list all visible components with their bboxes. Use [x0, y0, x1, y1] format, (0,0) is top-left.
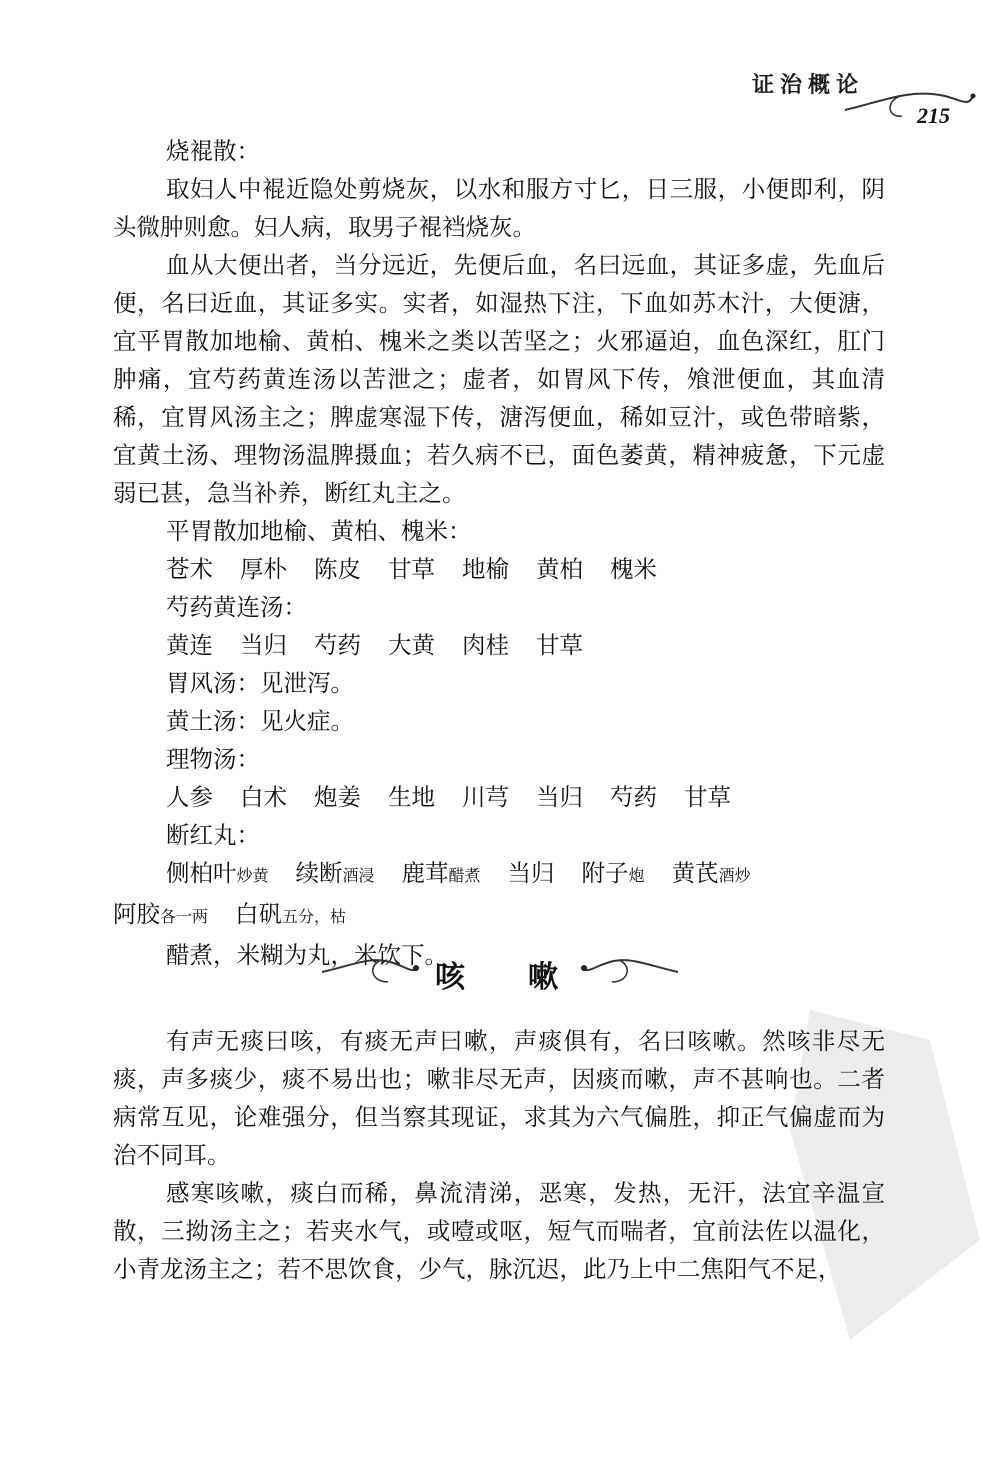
herb: 肉桂 — [462, 626, 509, 664]
section-heading-cough: 咳 嗽 — [300, 942, 700, 1002]
herb: 厚朴 — [240, 550, 287, 588]
page-number: 215 — [917, 103, 950, 129]
herb: 黄连 — [166, 626, 213, 664]
herb-list-annotated-cont: 阿胶各一两白矾五分，枯 — [113, 895, 885, 936]
section-bloody-stool: 烧裩散： 取妇人中裩近隐处剪烧灰，以水和服方寸匕，日三服，小便即利，阴头微肿则愈… — [113, 132, 885, 974]
herb: 甘草 — [388, 550, 435, 588]
flourish-left-icon — [320, 952, 420, 988]
herb-list: 苍术厚朴陈皮甘草地榆黄柏槐米 — [113, 550, 885, 588]
formula-reference: 胃风汤：见泄泻。 — [113, 664, 885, 702]
heading-char: 嗽 — [528, 952, 558, 996]
herb: 芍药 — [314, 626, 361, 664]
formula-title: 烧裩散： — [113, 132, 885, 170]
herb: 芍药 — [610, 778, 657, 816]
flourish-right-icon — [580, 952, 680, 988]
herb: 白矾五分，枯 — [235, 895, 346, 936]
herb: 生地 — [388, 778, 435, 816]
paragraph: 有声无痰曰咳，有痰无声曰嗽，声痰俱有，名曰咳嗽。然咳非尽无痰，声多痰少，痰不易出… — [113, 1022, 885, 1174]
herb-list: 黄连当归芍药大黄肉桂甘草 — [113, 626, 885, 664]
herb: 炮姜 — [314, 778, 361, 816]
paragraph: 感寒咳嗽，痰白而稀，鼻流清涕，恶寒，发热，无汗，法宜辛温宣散，三拗汤主之；若夹水… — [113, 1174, 885, 1288]
formula-title: 断红丸： — [113, 816, 885, 854]
herb: 川芎 — [462, 778, 509, 816]
herb: 槐米 — [610, 550, 657, 588]
herb: 续断酒浸 — [296, 854, 375, 895]
herb: 附子炮 — [582, 854, 645, 895]
formula-title: 理物汤： — [113, 740, 885, 778]
herb: 黄柏 — [536, 550, 583, 588]
herb: 甘草 — [684, 778, 731, 816]
herb: 人参 — [166, 778, 213, 816]
herb: 地榆 — [462, 550, 509, 588]
herb: 鹿茸醋煮 — [402, 854, 481, 895]
section-cough-body: 有声无痰曰咳，有痰无声曰嗽，声痰俱有，名曰咳嗽。然咳非尽无痰，声多痰少，痰不易出… — [113, 1022, 885, 1288]
herb: 甘草 — [536, 626, 583, 664]
herb: 当归 — [536, 778, 583, 816]
herb: 阿胶各一两 — [113, 895, 208, 936]
flourish-ornament-icon — [840, 88, 980, 128]
herb-list: 人参白术炮姜生地川芎当归芍药甘草 — [113, 778, 885, 816]
herb: 当归 — [508, 854, 555, 892]
paragraph: 血从大便出者，当分远近，先便后血，名曰远血，其证多虚，先血后便，名曰近血，其证多… — [113, 246, 885, 512]
herb: 苍术 — [166, 550, 213, 588]
formula-title: 芍药黄连汤： — [113, 588, 885, 626]
formula-text: 取妇人中裩近隐处剪烧灰，以水和服方寸匕，日三服，小便即利，阴头微肿则愈。妇人病，… — [113, 170, 885, 246]
formula-title: 平胃散加地榆、黄柏、槐米： — [113, 512, 885, 550]
formula-reference: 黄土汤：见火症。 — [113, 702, 885, 740]
herb: 大黄 — [388, 626, 435, 664]
heading-char: 咳 — [435, 952, 465, 996]
herb: 陈皮 — [314, 550, 361, 588]
herb: 侧柏叶炒黄 — [166, 854, 269, 895]
herb: 白术 — [240, 778, 287, 816]
herb: 当归 — [240, 626, 287, 664]
herb: 黄芪酒炒 — [672, 854, 751, 895]
herb-list-annotated: 侧柏叶炒黄续断酒浸鹿茸醋煮当归附子炮黄芪酒炒 — [113, 854, 885, 895]
